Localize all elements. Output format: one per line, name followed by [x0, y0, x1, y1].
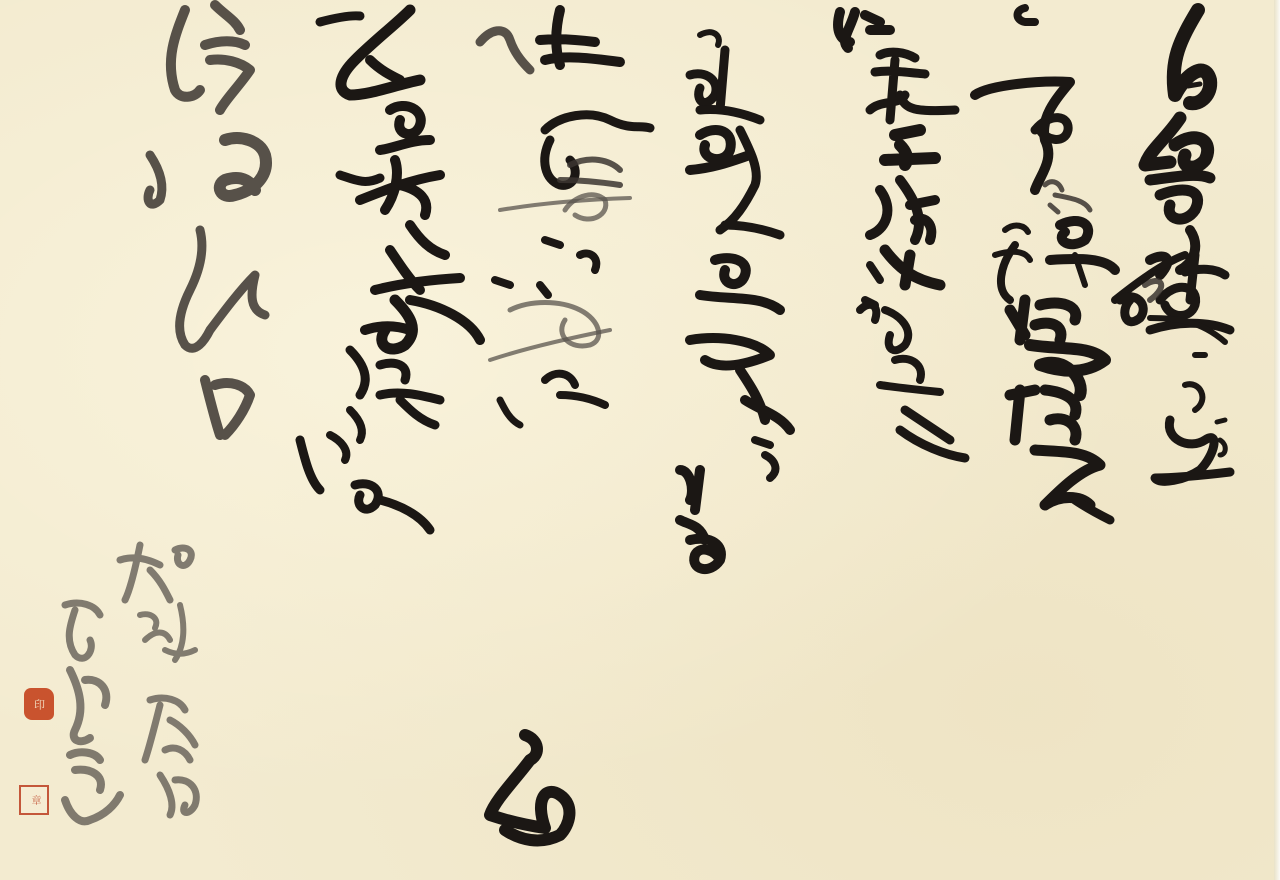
calligraphy-sheet: 印 章 自從棄置便衰朽 …悵如猛虎 卧荒丘… 潯陽江口 錄…唐詩 西…周…書	[0, 0, 1280, 880]
seal-upper: 印	[24, 688, 54, 720]
sheet-edge	[1274, 0, 1280, 880]
seal-lower: 章	[19, 785, 49, 815]
inscription	[0, 0, 1280, 880]
